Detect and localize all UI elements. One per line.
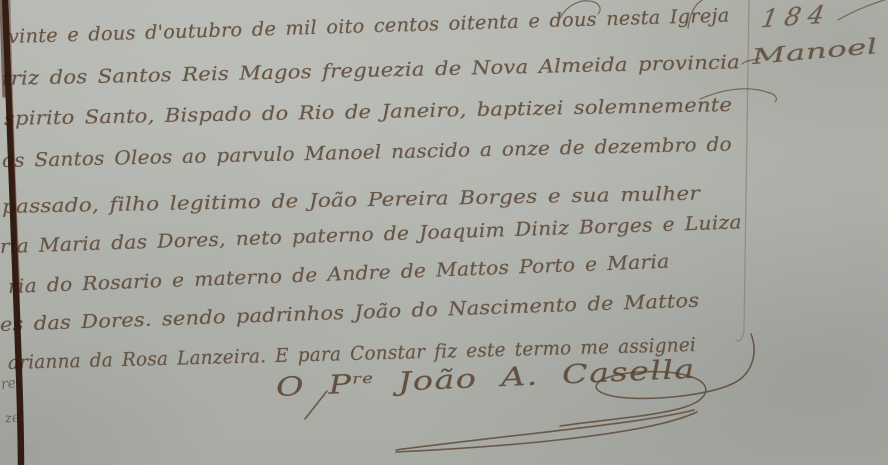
manuscript-photo: vinte e dous d'outubro de mil oito cento…: [0, 0, 888, 465]
signature-superscript: re: [352, 371, 375, 388]
page-number: 184: [759, 0, 834, 33]
edge-fragment-1: re: [0, 375, 17, 393]
edge-fragment-2: ze: [4, 410, 20, 426]
signature-prefix: O P: [275, 370, 353, 403]
